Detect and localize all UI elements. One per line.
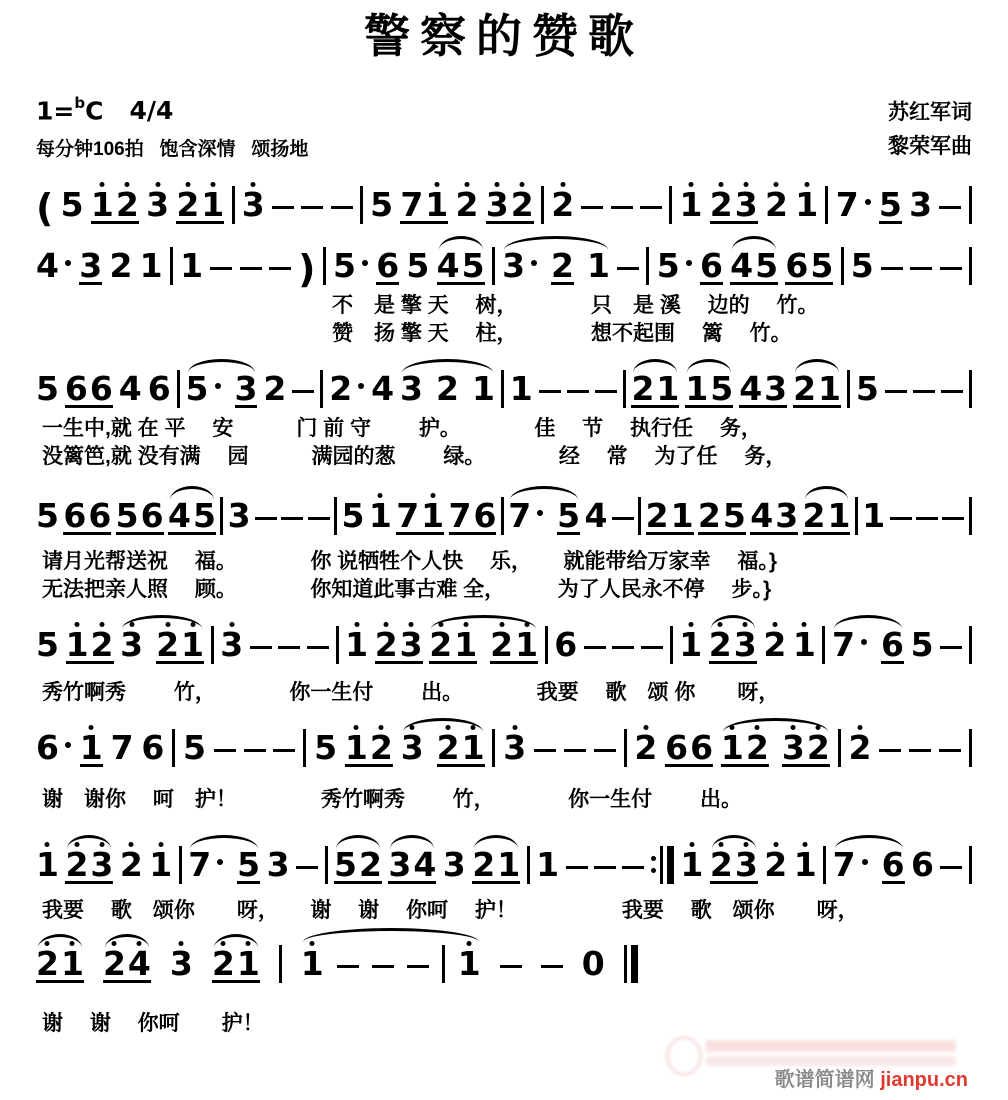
note: 3 <box>502 253 525 279</box>
beam-group: 6 <box>376 253 399 285</box>
barline <box>969 247 972 285</box>
duration-dash <box>567 390 589 393</box>
music-line-3: 56646532243211211543215 <box>36 351 972 408</box>
beam-group: 3 <box>235 376 258 408</box>
note: 1 <box>536 852 559 878</box>
note: 1 <box>680 192 703 218</box>
note-group: 1 <box>536 852 559 884</box>
barline <box>670 626 673 664</box>
composer: 黎荣军曲 <box>888 130 972 165</box>
slur-group: 23 <box>710 852 758 884</box>
flat-sign: b <box>74 94 85 112</box>
note: 1 <box>685 376 708 402</box>
barline <box>825 186 828 224</box>
note: 3 <box>79 253 102 279</box>
note-group: 5 <box>406 253 429 285</box>
duration-dash <box>909 749 931 752</box>
note-group: 3 <box>503 735 526 767</box>
augmentation-dot <box>537 510 543 516</box>
tempo-expression: 每分钟106拍 饱含深情 颂扬地 <box>36 134 308 161</box>
note-group: 5 <box>61 192 84 224</box>
note-group: 3 <box>242 192 265 224</box>
beam-group: 6 <box>882 852 905 884</box>
watermark-site-url: jianpu.cn <box>880 1069 968 1091</box>
beam-group: 66 <box>65 376 113 408</box>
duration-dash <box>879 749 901 752</box>
barline <box>303 729 306 767</box>
note-group: 5 <box>856 376 879 408</box>
note: 5 <box>710 376 733 402</box>
beam-group: 5 <box>237 852 260 884</box>
note: 5 <box>911 632 934 658</box>
note: 1 <box>301 951 324 977</box>
beam-group: 65 <box>785 253 833 285</box>
note-group: 7 <box>111 735 134 767</box>
note-group: 3 <box>443 852 466 884</box>
header: 1=bC4/4 每分钟106拍 饱含深情 颂扬地 苏红军词 黎荣军曲 <box>36 96 972 165</box>
note: 5 <box>36 503 59 529</box>
note-group: 1 <box>180 253 203 285</box>
slur-group: 53 <box>186 376 258 408</box>
note: 3 <box>120 632 143 658</box>
lyrics-row-verse2-a: 赞 扬 擎 天 柱， 想不起围 篱 竹。 <box>36 321 972 347</box>
beam-group: 6 <box>700 253 723 285</box>
beam-group: 32 <box>486 192 534 224</box>
augmentation-dot <box>861 639 867 645</box>
note: 5 <box>61 192 84 218</box>
barline <box>969 186 972 224</box>
duration-dash <box>910 267 932 270</box>
barline <box>492 247 495 285</box>
note-group: 7 <box>508 503 544 535</box>
note: 3 <box>734 632 757 658</box>
note-group: 1 <box>345 632 368 664</box>
note: 7 <box>400 192 423 218</box>
note-group: 7 <box>836 192 872 224</box>
note: 7 <box>396 503 419 529</box>
barline <box>969 370 972 408</box>
note-group: 5 <box>851 253 874 285</box>
parenthesis: ( <box>36 192 53 224</box>
lyrics-row-verse1-a: 不 是 擎 天 树， 只 是 溪 边的 竹。 <box>36 293 972 319</box>
note: 1 <box>656 376 679 402</box>
duration-dash <box>916 517 938 520</box>
note: 3 <box>220 632 243 658</box>
note-group: 1 <box>680 852 703 884</box>
beam-group: 24 <box>103 951 151 983</box>
note: 6 <box>141 503 164 529</box>
beam-group: 76 <box>449 503 497 535</box>
note: 2 <box>116 192 139 218</box>
note: 3 <box>735 192 758 218</box>
note: 2 <box>359 852 382 878</box>
note: 6 <box>36 735 59 761</box>
repeat-dot <box>651 868 656 873</box>
note: 7 <box>111 735 134 761</box>
note: 4 <box>413 852 436 878</box>
duration-dash <box>240 267 262 270</box>
note: 5 <box>879 192 902 218</box>
note: 4 <box>119 376 142 402</box>
note-group: 3 <box>400 376 423 408</box>
slur-group: 23 <box>709 632 757 664</box>
slur-group: 76 <box>833 852 905 884</box>
note: 7 <box>832 632 855 658</box>
note: 1 <box>345 735 368 761</box>
note: 2 <box>436 376 459 402</box>
note: 1 <box>458 951 481 977</box>
slur-group: 75 <box>508 503 580 535</box>
music-line-2: 43211)565453215645655 <box>36 228 972 285</box>
lyrics-row-verse2-b: 没篱笆,就 没有满 园 满园的葱 绿。 经 常 为了任 务， <box>36 444 972 470</box>
note: 2 <box>551 253 574 279</box>
beam-group: 21 <box>437 735 485 767</box>
barline <box>442 945 445 983</box>
note-group: 5 <box>333 253 369 285</box>
beam-group: 66 <box>63 503 111 535</box>
duration-dash <box>941 390 963 393</box>
note-group: 1 <box>369 503 392 535</box>
note: 2 <box>103 951 126 977</box>
barline <box>847 370 850 408</box>
beam-group: 12 <box>345 735 393 767</box>
slur-group: 21 <box>472 852 520 884</box>
duration-dash <box>255 517 277 520</box>
note: 1 <box>181 632 204 658</box>
note: 5 <box>462 253 485 279</box>
note: 1 <box>425 192 448 218</box>
note: 2 <box>437 735 460 761</box>
lyrics-row-chorus-b: 谢 谢你 呵 护！ 秀竹啊秀 竹， 你一生付 出。 <box>36 787 972 813</box>
slur-group: 45 <box>730 253 778 285</box>
note-group: 1 <box>149 852 172 884</box>
parenthesis: ) <box>298 253 315 285</box>
beam-group: 45 <box>168 503 216 535</box>
duration-dash <box>337 965 359 968</box>
note-group: 2 <box>634 735 657 767</box>
note: 1 <box>515 632 538 658</box>
beam-group: 3 <box>79 253 102 285</box>
beam-group: 21 <box>793 376 841 408</box>
note: 1 <box>472 376 495 402</box>
duration-dash <box>611 206 633 209</box>
beam-group: 21 <box>429 632 477 664</box>
note: 1 <box>671 503 694 529</box>
note: 2 <box>176 192 199 218</box>
note: 6 <box>881 632 904 658</box>
note: 1 <box>140 253 163 279</box>
note: 1 <box>793 632 816 658</box>
augmentation-dot <box>362 260 368 266</box>
barline <box>969 729 972 767</box>
note: 1 <box>454 632 477 658</box>
augmentation-dot <box>686 260 692 266</box>
note-group: 5 <box>36 632 59 664</box>
note-group: 6 <box>911 852 934 884</box>
note-group: 1 <box>795 192 818 224</box>
note: 4 <box>36 253 59 279</box>
barline <box>823 846 826 884</box>
beam-group: 56 <box>116 503 164 535</box>
note: 2 <box>511 192 534 218</box>
beam-group: 71 <box>400 192 448 224</box>
note: 6 <box>785 253 808 279</box>
barline-thick <box>631 945 638 983</box>
slur-group: 52 <box>334 852 382 884</box>
note: 2 <box>370 735 393 761</box>
barline <box>841 247 844 285</box>
note-group: 2 <box>551 192 574 224</box>
note: 6 <box>376 253 399 279</box>
music-line-1: (5123213571232212321753 <box>36 167 972 224</box>
note-group: 4 <box>371 376 394 408</box>
slur-group: 321 <box>120 632 204 664</box>
note: 5 <box>314 735 337 761</box>
augmentation-dot <box>217 859 223 865</box>
lyrics-row-verse2-c: 无法把亲人照 顾。 你知道此事古难 全， 为了人民永不停 步。} <box>36 577 972 603</box>
note-group: 3 <box>267 852 290 884</box>
note-group: 5 <box>911 632 934 664</box>
note: 1 <box>201 192 224 218</box>
note: 1 <box>818 376 841 402</box>
repeat-dots <box>651 856 656 873</box>
note: 2 <box>490 632 513 658</box>
note: 1 <box>497 852 520 878</box>
barline <box>969 846 972 884</box>
note-group: 3 <box>170 951 193 983</box>
note: 7 <box>833 852 856 878</box>
beam-group: 21 <box>646 503 694 535</box>
note: 6 <box>554 632 577 658</box>
watermark: 歌谱简谱网 jianpu.cn <box>775 1063 968 1092</box>
augmentation-dot <box>865 199 871 205</box>
note: 3 <box>170 951 193 977</box>
repeat-dot <box>651 856 656 861</box>
beam-group: 12 <box>721 735 769 767</box>
note: 2 <box>848 735 871 761</box>
note-group: 1 <box>679 632 702 664</box>
note: 7 <box>508 503 531 529</box>
barline <box>232 186 235 224</box>
beam-group: 21 <box>490 632 538 664</box>
note: 4 <box>128 951 151 977</box>
note: 2 <box>91 632 114 658</box>
note: 5 <box>657 253 680 279</box>
note: 1 <box>421 503 444 529</box>
note: 1 <box>36 852 59 878</box>
note: 6 <box>148 376 171 402</box>
note-group: 3 <box>120 632 143 664</box>
note-group: 1 <box>862 503 885 535</box>
duration-dash <box>272 206 294 209</box>
watermark-site-name: 歌谱简谱网 <box>775 1069 875 1091</box>
watermark-logo-circle <box>666 1036 702 1076</box>
duration-dash <box>594 749 616 752</box>
barline <box>541 186 544 224</box>
note-group: 3 <box>909 192 932 224</box>
lyrics-row-chorus-a: 秀竹啊秀 竹， 你一生付 出。 我要 歌 颂 你 呀， <box>36 680 972 706</box>
note: 3 <box>228 503 251 529</box>
duration-dash <box>881 267 903 270</box>
note: 2 <box>763 632 786 658</box>
note: 4 <box>437 253 460 279</box>
barline <box>177 370 180 408</box>
note-group: 1 <box>587 253 610 285</box>
augmentation-dot <box>65 742 71 748</box>
note-group: 7 <box>188 852 224 884</box>
note: 6 <box>690 735 713 761</box>
note-group: 5 <box>657 253 693 285</box>
barline <box>323 247 326 285</box>
duration-dash <box>278 646 300 649</box>
note: 2 <box>429 632 452 658</box>
note: 2 <box>329 376 352 402</box>
note: 7 <box>836 192 859 218</box>
note: 3 <box>400 632 423 658</box>
note: 1 <box>345 632 368 658</box>
note-group: 1 <box>458 951 481 983</box>
note: 5 <box>851 253 874 279</box>
note: 5 <box>334 852 357 878</box>
note: 3 <box>909 192 932 218</box>
duration-dash <box>584 646 606 649</box>
note: 1 <box>587 253 610 279</box>
duration-dash <box>250 646 272 649</box>
beam-group: 5 <box>557 503 580 535</box>
beam-group: 45 <box>730 253 778 285</box>
barline <box>646 247 649 285</box>
note-group: 6 <box>148 376 171 408</box>
beam-group: 12 <box>66 632 114 664</box>
note: 5 <box>116 503 139 529</box>
key-letter: C <box>85 96 103 125</box>
note: 1 <box>80 735 103 761</box>
note: 1 <box>794 852 817 878</box>
lyrics-row-chorus-c: 我要 歌 颂你 呀， 谢 谢 你呵 护！ 我要 歌 颂你 呀， <box>36 898 972 924</box>
beam-group: 43 <box>750 503 798 535</box>
barline <box>325 846 328 884</box>
note: 7 <box>449 503 472 529</box>
barline <box>501 370 504 408</box>
note: 2 <box>698 503 721 529</box>
barline <box>170 247 173 285</box>
note: 7 <box>188 852 211 878</box>
note-group: 3 <box>146 192 169 224</box>
beam-group: 52 <box>334 852 382 884</box>
duration-dash <box>539 390 561 393</box>
duration-dash <box>581 206 603 209</box>
music-line-7: 123217535234321112321766 <box>36 827 972 884</box>
note: 4 <box>730 253 753 279</box>
note-group: 6 <box>141 735 164 767</box>
note: 6 <box>63 503 86 529</box>
duration-dash <box>939 749 961 752</box>
barline <box>822 626 825 664</box>
music-line-6: 61765512321326612322 <box>36 710 972 767</box>
note: 5 <box>370 192 393 218</box>
duration-dash <box>273 749 295 752</box>
note: 2 <box>109 253 132 279</box>
key-time-signature: 1=bC4/4 <box>36 96 308 125</box>
barline <box>492 729 495 767</box>
barline <box>969 497 972 535</box>
note-group: 2 <box>765 192 788 224</box>
beam-group: 21 <box>156 632 204 664</box>
note: 3 <box>146 192 169 218</box>
duration-dash <box>500 965 522 968</box>
duration-dash <box>940 646 962 649</box>
slur-group: 23 <box>65 852 113 884</box>
barline <box>638 497 641 535</box>
note: 3 <box>400 376 423 402</box>
note: 6 <box>700 253 723 279</box>
final-barline <box>624 945 638 983</box>
duration-dash <box>407 965 429 968</box>
slur-group: 21 <box>793 376 841 408</box>
note-group: 2 <box>263 376 286 408</box>
barline <box>838 729 841 767</box>
music-line-5: 51232131232121612321765 <box>36 607 972 664</box>
note: 2 <box>65 852 88 878</box>
barline-thin <box>660 846 663 884</box>
note-group: 2 <box>436 376 459 408</box>
note-group: 5 <box>342 503 365 535</box>
watermark-logo-text-blur-1 <box>706 1040 956 1052</box>
note: 6 <box>141 735 164 761</box>
note: 3 <box>764 376 787 402</box>
duration-dash <box>885 390 907 393</box>
note: 5 <box>36 632 59 658</box>
duration-dash <box>244 749 266 752</box>
repeat-barline <box>651 846 674 884</box>
note: 1 <box>828 503 851 529</box>
note-group: 3 <box>502 253 538 285</box>
note-group: 2 <box>764 852 787 884</box>
note: 4 <box>371 376 394 402</box>
note: 2 <box>634 735 657 761</box>
barline <box>172 729 175 767</box>
note: 1 <box>862 503 885 529</box>
note: 2 <box>631 376 654 402</box>
note: 2 <box>803 503 826 529</box>
beam-group: 5 <box>879 192 902 224</box>
note: 5 <box>237 852 260 878</box>
note: 3 <box>90 852 113 878</box>
augmentation-dot <box>862 859 868 865</box>
beam-group: 21 <box>176 192 224 224</box>
slur-group: 21 <box>212 951 260 983</box>
note: 3 <box>401 735 424 761</box>
note: 2 <box>807 735 830 761</box>
note: 2 <box>710 192 733 218</box>
note: 1 <box>679 632 702 658</box>
note: 5 <box>755 253 778 279</box>
note-group: 3 <box>220 632 243 664</box>
key-tempo-block: 1=bC4/4 每分钟106拍 饱含深情 颂扬地 <box>36 96 308 161</box>
beam-group: 34 <box>388 852 436 884</box>
slur-group: 24 <box>103 951 151 983</box>
note: 6 <box>665 735 688 761</box>
note-group: 5 <box>186 376 222 408</box>
lyrics-row-verse1-b: 一生中,就 在 平 安 门 前 守 护。 佳 节 执行任 务， <box>36 416 972 442</box>
barline-thin <box>624 945 627 983</box>
barline <box>179 846 182 884</box>
note-group: 1 <box>793 632 816 664</box>
beam-group: 6 <box>881 632 904 664</box>
note: 5 <box>810 253 833 279</box>
note: 3 <box>775 503 798 529</box>
barline <box>855 497 858 535</box>
